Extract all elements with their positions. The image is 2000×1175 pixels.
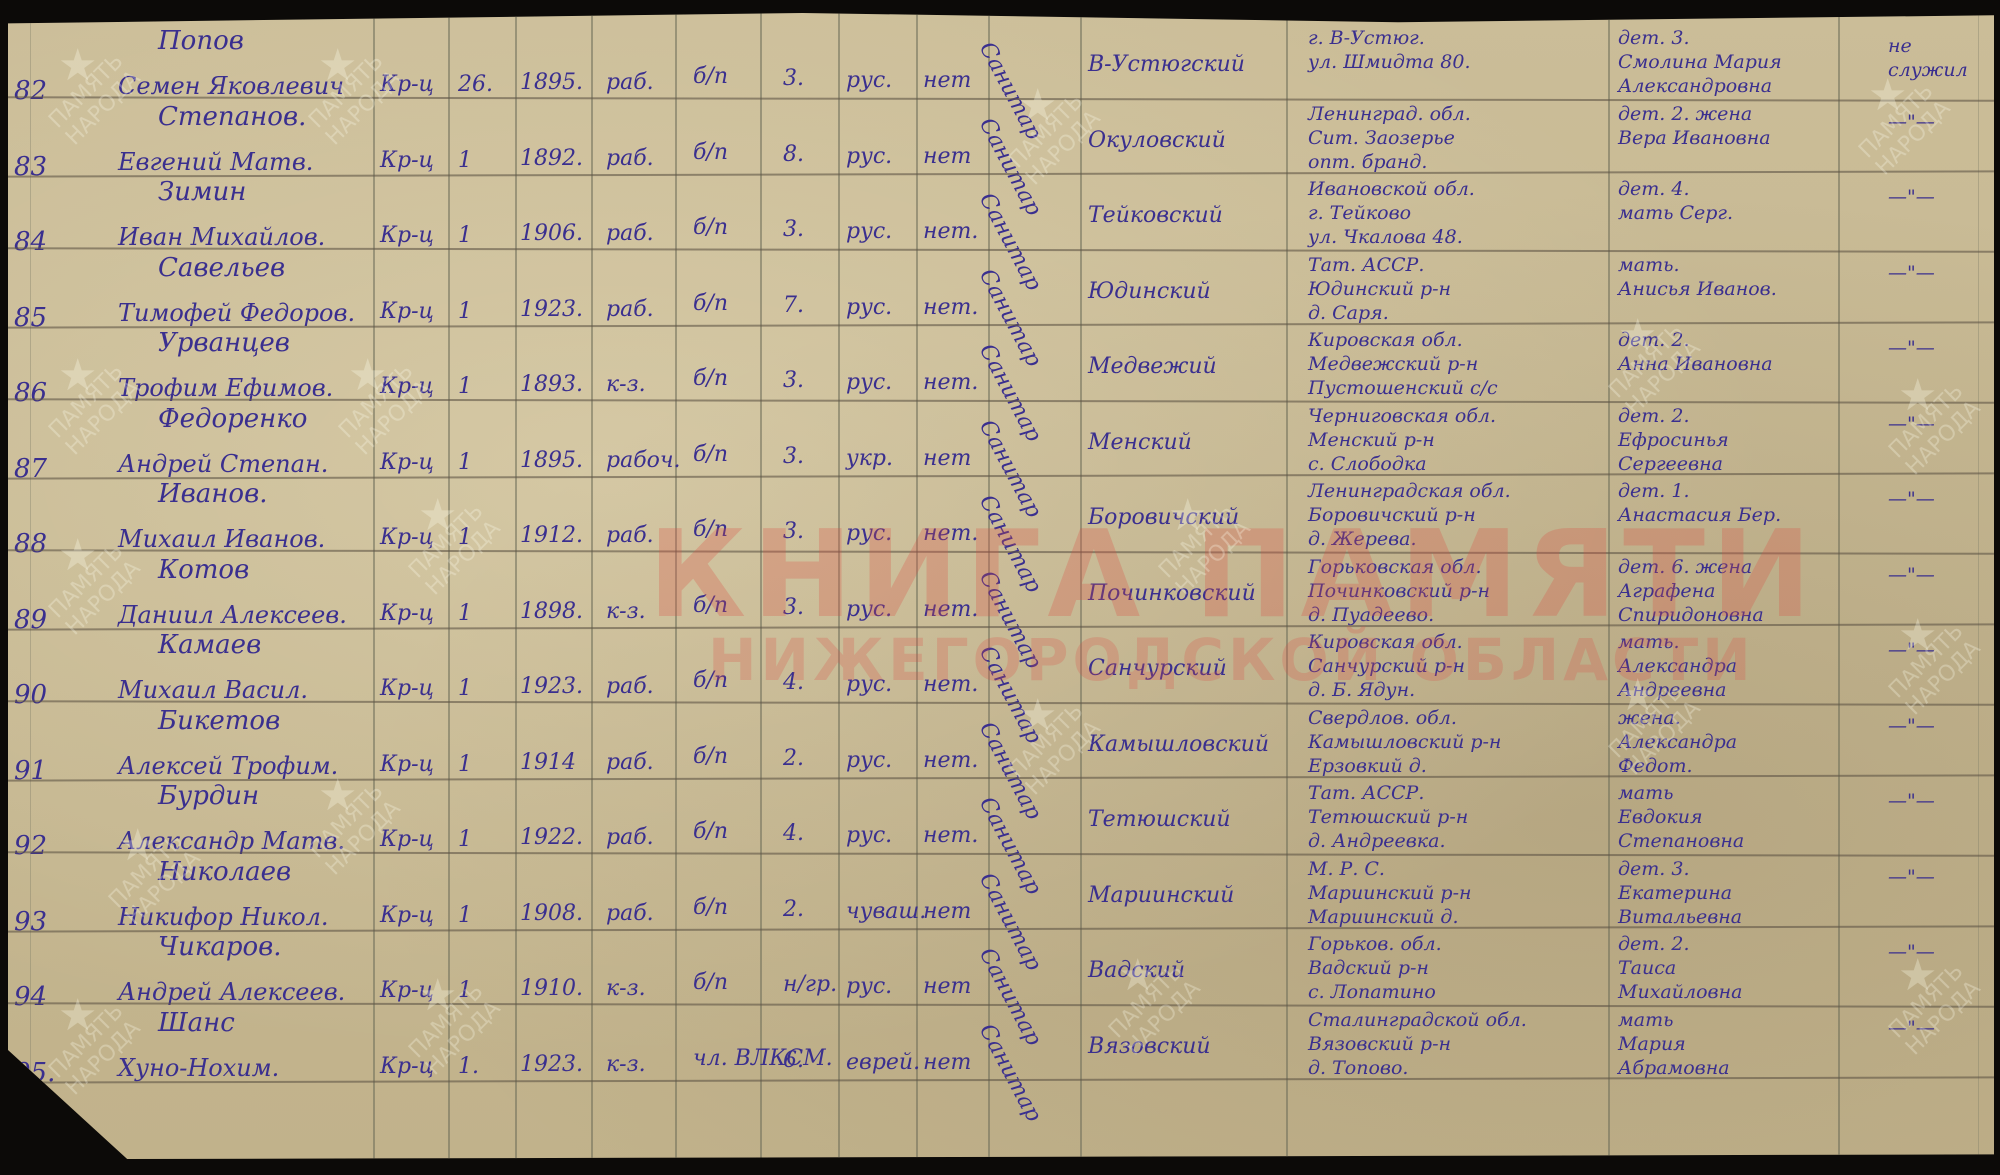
party-membership: б/п [693,895,728,920]
occupation: раб. [606,221,654,246]
district: Тетюшский [1088,807,1231,832]
nationality: чуваш. [846,899,926,924]
relatives-line: Михайловна [1618,980,1742,1004]
surname: Чикаров. [158,932,282,962]
surname: Бурдин [158,781,259,811]
address-line: г. В-Устюг. [1308,26,1425,50]
address-line: ул. Шмидта 80. [1308,50,1471,74]
note: —"— [1888,789,1935,813]
birth-year: 1922. [520,825,583,850]
occupation: раб. [606,674,654,699]
surname: Котов [158,555,249,585]
status: нет [923,446,971,471]
address-line: Черниговская обл. [1308,404,1496,428]
nationality: рус. [846,974,892,999]
address-line: Юдинский р-н [1308,277,1451,301]
status: нет. [923,823,978,848]
district: Камышловский [1088,732,1269,757]
district: Тейковский [1088,203,1223,228]
address-line: Мариинский р-н [1308,881,1472,905]
surname: Бикетов [158,706,280,736]
address-line: Медвежский р-н [1308,352,1478,376]
table-row: 85СавельевТимофей Федоров.Кр-ц11923.раб.… [8,251,1994,319]
address-line: д. Андреевка. [1308,829,1446,853]
address-line: Ивановской обл. [1308,177,1475,201]
relatives-line: Анисья Иванов. [1618,277,1777,301]
given-name: Хуно-Нохим. [118,1054,279,1082]
column-4: 1 [458,299,472,324]
relatives-line: дет. 3. [1618,26,1690,50]
education: 2. [783,746,804,771]
status: нет [923,144,971,169]
party-membership: чл. ВЛКСМ. [693,1046,833,1071]
note: —"— [1888,563,1935,587]
address-line: Менский р-н [1308,428,1435,452]
birth-year: 1895. [520,448,583,473]
star-icon: ★ [418,970,457,1021]
watermark-subtitle: НИЖЕГОРОДСКОЙ ОБЛАСТИ [708,626,1755,694]
education: 8. [783,142,804,167]
address-line: д. Топово. [1308,1056,1408,1080]
note: —"— [1888,185,1935,209]
column-4: 1 [458,601,472,626]
star-icon: ★ [318,770,357,821]
address-line: Сталинградской обл. [1308,1008,1527,1032]
table-row: 95.ШансХуно-Нохим.Кр-ц1.1923.к-з.чл. ВЛК… [8,1006,1994,1074]
address-line: Кировская обл. [1308,328,1463,352]
district: Менский [1088,430,1192,455]
table-row: 82ПоповСемен ЯковлевичКр-ц26.1895.раб.б/… [8,24,1994,92]
social-origin: Кр-ц [380,903,434,928]
note: —"— [1888,865,1935,889]
star-icon: ★ [318,40,357,91]
address-line: Вадский р-н [1308,956,1429,980]
relatives-line: Александровна [1618,74,1772,98]
party-membership: б/п [693,819,728,844]
district: Мариинский [1088,883,1234,908]
party-membership: б/п [693,291,728,316]
education: 3. [783,368,804,393]
star-icon: ★ [348,350,387,401]
nationality: укр. [846,446,893,471]
star-icon: ★ [58,40,97,91]
star-icon: ★ [1868,70,1907,121]
address-line: Ленинградская обл. [1308,479,1511,503]
social-origin: Кр-ц [380,752,434,777]
column-4: 1 [458,450,472,475]
relatives-line: Вера Ивановна [1618,126,1771,150]
birth-year: 1923. [520,1052,583,1077]
star-icon: ★ [1618,670,1657,721]
given-name: Евгений Матв. [118,148,313,176]
education: 3. [783,217,804,242]
relatives-line: Евдокия [1618,805,1703,829]
party-membership: б/п [693,366,728,391]
nationality: рус. [846,68,892,93]
address-line: Мариинский д. [1308,905,1459,929]
district: Медвежий [1088,354,1217,379]
address-line: М. Р. С. [1308,857,1385,881]
note: —"— [1888,487,1935,511]
given-name: Алексей Трофим. [118,752,338,780]
relatives-line: Таиса [1618,956,1676,980]
birth-year: 1914 [520,750,576,775]
social-origin: Кр-ц [380,148,434,173]
occupation: к-з. [606,976,646,1001]
address-line: Тат. АССР. [1308,781,1424,805]
status: нет [923,68,971,93]
birth-year: 1895. [520,70,583,95]
relatives-line: Екатерина [1618,881,1732,905]
note: —"— [1888,714,1935,738]
relatives-line: мать [1618,1008,1673,1032]
nationality: рус. [846,144,892,169]
party-membership: б/п [693,140,728,165]
table-row: 94Чикаров.Андрей Алексеев.Кр-ц11910.к-з.… [8,930,1994,998]
address-line: Камышловский р-н [1308,730,1501,754]
nationality: еврей. [846,1050,920,1075]
relatives-line: Ефросинья [1618,428,1729,452]
table-row: 84ЗиминИван Михайлов.Кр-ц11906.раб.б/п3.… [8,175,1994,243]
table-row: 93НиколаевНикифор Никол.Кр-ц11908.раб.б/… [8,855,1994,923]
birth-year: 1923. [520,297,583,322]
address-line: с. Слободка [1308,452,1427,476]
relatives-line: Абрамовна [1618,1056,1730,1080]
education: 4. [783,821,804,846]
address-line: Вязовский р-н [1308,1032,1451,1056]
district: В-Устюгский [1088,52,1245,77]
occupation: раб. [606,825,654,850]
address-line: Ерзовкий д. [1308,754,1427,778]
social-origin: Кр-ц [380,299,434,324]
address-line: опт. бранд. [1308,150,1427,174]
star-icon: ★ [58,530,97,581]
relatives-line: Смолина Мария [1618,50,1782,74]
occupation: раб. [606,146,654,171]
status: нет [923,974,971,999]
star-icon: ★ [1018,690,1057,741]
relatives-line: дет. 2. [1618,932,1690,956]
address-line: г. Тейково [1308,201,1411,225]
surname: Савельев [158,253,285,283]
status: нет. [923,219,978,244]
address-line: с. Лопатино [1308,980,1436,1004]
birth-year: 1910. [520,976,583,1001]
table-row: 83Степанов.Евгений Матв.Кр-ц11892.раб.б/… [8,100,1994,168]
column-4: 1 [458,374,472,399]
relatives-line: дет. 1. [1618,479,1690,503]
address-line: Тат. АССР. [1308,253,1424,277]
note: —"— [1888,336,1935,360]
column-4: 1 [458,827,472,852]
surname: Попов [158,26,244,56]
star-icon: ★ [118,820,157,871]
district: Окуловский [1088,128,1226,153]
social-origin: Кр-ц [380,601,434,626]
birth-year: 1912. [520,523,583,548]
relatives-line: дет. 2. жена [1618,102,1752,126]
column-4: 1 [458,676,472,701]
occupation: раб. [606,523,654,548]
education: н/гр. [783,972,837,997]
relatives-line: дет. 4. [1618,177,1690,201]
nationality: рус. [846,370,892,395]
education: 2. [783,897,804,922]
surname: Камаев [158,630,261,660]
table-row: 87ФедоренкоАндрей Степан.Кр-ц11895.рабоч… [8,402,1994,470]
social-origin: Кр-ц [380,223,434,248]
occupation: к-з. [606,1052,646,1077]
star-icon: ★ [58,990,97,1041]
birth-year: 1908. [520,901,583,926]
star-icon: ★ [1118,950,1157,1001]
nationality: рус. [846,219,892,244]
note: —"— [1888,261,1935,285]
status: нет. [923,295,978,320]
address-line: Тетюшский р-н [1308,805,1468,829]
party-membership: б/п [693,442,728,467]
address-line: Сит. Заозерье [1308,126,1455,150]
relatives-line: Сергеевна [1618,452,1723,476]
column-4: 1 [458,148,472,173]
relatives-line: дет. 3. [1618,857,1690,881]
address-line: Свердлов. обл. [1308,706,1457,730]
given-name: Тимофей Федоров. [118,299,355,327]
address-line: ул. Чкалова 48. [1308,225,1463,249]
occupation: раб. [606,901,654,926]
address-line: Ленинград. обл. [1308,102,1471,126]
nationality: рус. [846,823,892,848]
star-icon: ★ [58,350,97,401]
table-row: 92БурдинАлександр Матв.Кр-ц11922.раб.б/п… [8,779,1994,847]
social-origin: Кр-ц [380,676,434,701]
status: нет [923,1050,971,1075]
education: 6. [783,1048,804,1073]
given-name: Даниил Алексеев. [118,601,347,629]
party-membership: б/п [693,64,728,89]
relatives-line: мать [1618,781,1673,805]
birth-year: 1898. [520,599,583,624]
surname: Шанс [158,1008,235,1038]
education: 3. [783,444,804,469]
surname: Зимин [158,177,246,207]
district: Юдинский [1088,279,1211,304]
occupation: рабоч. [606,448,681,473]
star-icon: ★ [1898,370,1937,421]
occupation: раб. [606,70,654,95]
occupation: к-з. [606,372,646,397]
party-membership: б/п [693,215,728,240]
education: 3. [783,66,804,91]
star-icon: ★ [1618,310,1657,361]
column-4: 1 [458,903,472,928]
surname: Федоренко [158,404,307,434]
address-line: д. Саря. [1308,301,1389,325]
star-icon: ★ [1898,950,1937,1001]
relatives-line: мать. [1618,253,1679,277]
nationality: рус. [846,295,892,320]
register-sheet: 82ПоповСемен ЯковлевичКр-ц26.1895.раб.б/… [8,6,1994,1166]
relatives-line: Степановна [1618,829,1744,853]
note: не [1888,34,1912,58]
rank: Санитар [974,1020,1046,1126]
status: нет. [923,370,978,395]
surname: Иванов. [158,479,267,509]
status: нет. [923,748,978,773]
occupation: к-з. [606,599,646,624]
relatives-line: Мария [1618,1032,1686,1056]
occupation: раб. [606,297,654,322]
column-4: 26. [458,72,493,97]
party-membership: б/п [693,744,728,769]
star-icon: ★ [418,490,457,541]
relatives-line: Витальевна [1618,905,1742,929]
given-name: Андрей Степан. [118,450,328,478]
star-icon: ★ [1898,610,1937,661]
surname: Степанов. [158,102,306,132]
address-line: Горьков. обл. [1308,932,1442,956]
birth-year: 1906. [520,221,583,246]
birth-year: 1892. [520,146,583,171]
nationality: рус. [846,748,892,773]
address-line: Пустошенский с/с [1308,376,1498,400]
column-4: 1 [458,752,472,777]
social-origin: Кр-ц [380,450,434,475]
star-icon: ★ [1018,80,1057,131]
birth-year: 1893. [520,372,583,397]
occupation: раб. [606,750,654,775]
surname: Урванцев [158,328,290,358]
party-membership: б/п [693,970,728,995]
relatives-line: мать Серг. [1618,201,1733,225]
birth-year: 1923. [520,674,583,699]
status: нет [923,899,971,924]
star-icon: ★ [1168,490,1207,541]
education: 7. [783,293,804,318]
column-4: 1 [458,223,472,248]
